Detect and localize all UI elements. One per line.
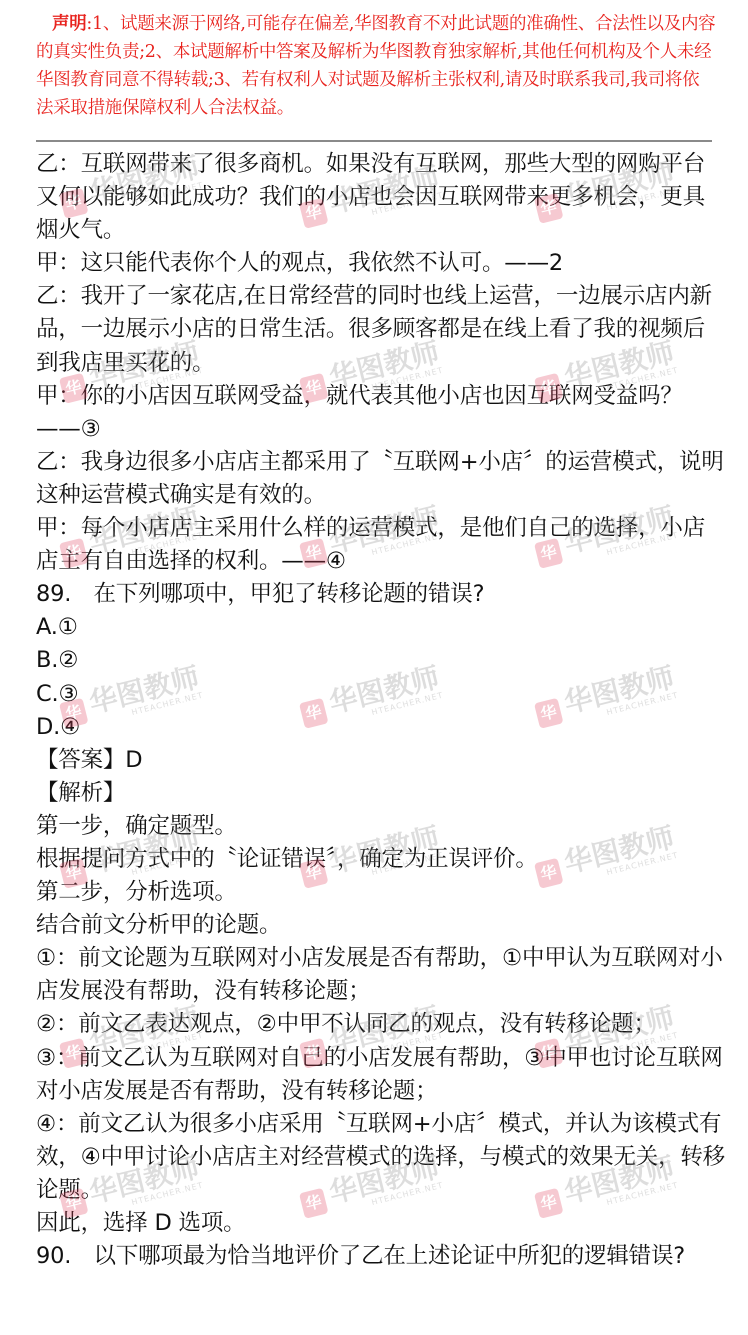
- option-d: D.④: [36, 711, 726, 744]
- analysis-line: ③：前文乙认为互联网对自己的小店发展有帮助，③中甲也讨论互联网对小店发展是否有帮…: [36, 1042, 726, 1108]
- analysis-line: ④：前文乙认为很多小店采用〝互联网+小店〞模式，并认为该模式有效，④中甲讨论小店…: [36, 1108, 726, 1207]
- analysis-line: 根据提问方式中的〝论证错误〞，确定为正误评价。: [36, 843, 726, 876]
- option-c: C.③: [36, 678, 726, 711]
- dialogue-line: 甲：每个小店店主采用什么样的运营模式，是他们自己的选择，小店店主有自由选择的权利…: [36, 512, 726, 578]
- option-a: A.①: [36, 611, 726, 644]
- dialogue-line: 乙：我身边很多小店店主都采用了〝互联网+小店〞的运营模式，说明这种运营模式确实是…: [36, 446, 726, 512]
- disclaimer-text: :1、试题来源于网络,可能存在偏差,华图教育不对此试题的准确性、合法性以及内容的…: [36, 14, 715, 118]
- option-b: B.②: [36, 644, 726, 677]
- disclaimer: 声明:1、试题来源于网络,可能存在偏差,华图教育不对此试题的准确性、合法性以及内…: [36, 10, 716, 122]
- analysis-line: ①：前文论题为互联网对小店发展是否有帮助，①中甲认为互联网对小店发展没有帮助，没…: [36, 942, 726, 1008]
- analysis-line: ②：前文乙表达观点，②中甲不认同乙的观点，没有转移论题；: [36, 1008, 726, 1041]
- question-90-stem: 90. 以下哪项最为恰当地评价了乙在上述论证中所犯的逻辑错误?: [36, 1240, 726, 1273]
- analysis-label: 【解析】: [36, 777, 726, 810]
- document-body: 乙：互联网带来了很多商机。如果没有互联网，那些大型的网购平台又何以能够如此成功？…: [36, 148, 726, 1273]
- question-89-stem: 89. 在下列哪项中，甲犯了转移论题的错误?: [36, 578, 726, 611]
- analysis-line: 结合前文分析甲的论题。: [36, 909, 726, 942]
- dialogue-line: 乙：我开了一家花店,在日常经营的同时也线上运营，一边展示店内新品，一边展示小店的…: [36, 280, 726, 379]
- answer-label: 【答案】D: [36, 744, 726, 777]
- analysis-line: 第一步，确定题型。: [36, 810, 726, 843]
- separator-line: [36, 140, 712, 142]
- dialogue-line: 甲：你的小店因互联网受益，就代表其他小店也因互联网受益吗？——③: [36, 380, 726, 446]
- analysis-line: 第二步，分析选项。: [36, 876, 726, 909]
- analysis-line: 因此，选择 D 选项。: [36, 1207, 726, 1240]
- dialogue-line: 乙：互联网带来了很多商机。如果没有互联网，那些大型的网购平台又何以能够如此成功？…: [36, 148, 726, 247]
- disclaimer-lead: 声明: [36, 14, 86, 34]
- dialogue-line: 甲：这只能代表你个人的观点，我依然不认可。——2: [36, 247, 726, 280]
